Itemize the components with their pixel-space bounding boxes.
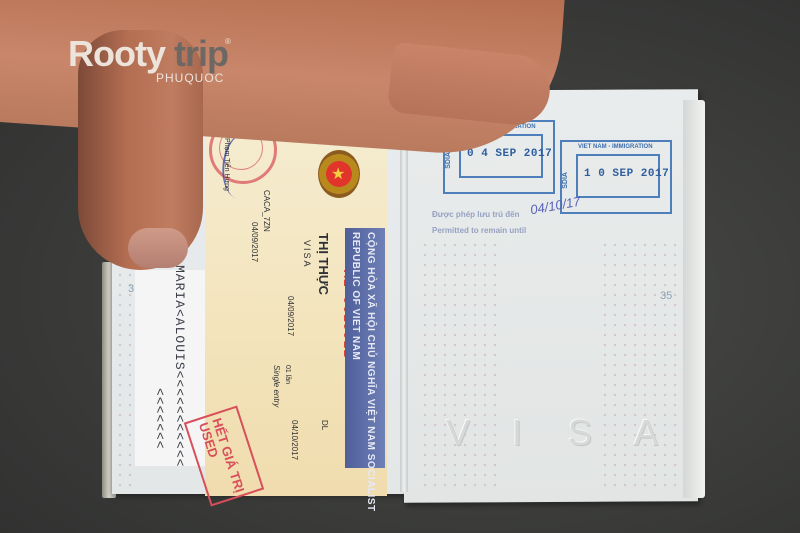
rooty-trip-logo: Rooty trip ® PHUQUOC — [68, 33, 228, 75]
entry-stamp-2-header: VIET NAM - IMMIGRATION — [578, 144, 653, 150]
visa-watermark-letter: I — [512, 412, 522, 454]
logo-location: PHUQUOC — [156, 71, 224, 85]
visa-watermark-letter: V — [446, 412, 470, 454]
logo-brand-primary: Rooty — [68, 33, 165, 74]
entry-stamp-2-date: 1 0 SEP 2017 — [584, 168, 669, 180]
visa-watermark-letter: S — [568, 412, 592, 454]
left-page-number: 3 — [128, 283, 134, 295]
visa-title-en: VISA — [302, 240, 312, 269]
visa-country-vi: CỘNG HÒA XÃ HỘI CHỦ NGHĨA VIỆT NAM — [365, 232, 376, 450]
visa-entry-type: Single entry — [272, 365, 281, 407]
entry-stamp-1-date: 0 4 SEP 2017 — [467, 148, 552, 160]
mrz-line-fill: <<<<<<< — [152, 388, 167, 450]
mrz-line-name: MARIA<ALOUIS<<<<<<<<<<< — [172, 265, 187, 467]
logo-brand-secondary: trip — [174, 33, 228, 74]
thumb-nail — [128, 228, 188, 268]
visa-title-vi: THỊ THỰC — [316, 233, 331, 295]
permitted-stay-label-vi: Được phép lưu trú đến — [432, 210, 520, 219]
visa-watermark-letter: A — [634, 412, 658, 454]
visa-issued-by: CACA_7ZN — [262, 190, 271, 232]
logo-wordmark: Rooty trip — [68, 33, 228, 75]
emblem-star-icon: ★ — [331, 164, 345, 184]
visa-entries: 01 lần — [284, 365, 291, 384]
visa-valid-from: 04/09/2017 — [286, 296, 295, 336]
passport-right-page-edge — [683, 100, 705, 498]
entry-stamp-1-code: SDIA — [445, 152, 452, 169]
visa-category: DL — [320, 420, 329, 430]
visa-country-name: CỘNG HÒA XÃ HỘI CHỦ NGHĨA VIỆT NAM SOCIA… — [348, 232, 378, 533]
visa-valid-until: 04/10/2017 — [290, 420, 299, 460]
security-dot-pattern — [115, 270, 137, 490]
passport-spine-gutter — [400, 92, 408, 492]
permitted-stay-label-en: Permitted to remain until — [432, 226, 526, 235]
entry-stamp-2-code: SDIA — [562, 172, 569, 189]
registered-mark: ® — [225, 37, 231, 46]
right-page-number: 35 — [660, 290, 672, 302]
visa-officer: Phạm Tiến Hưng — [222, 138, 231, 191]
visa-issued-date: 04/09/2017 — [250, 222, 259, 262]
